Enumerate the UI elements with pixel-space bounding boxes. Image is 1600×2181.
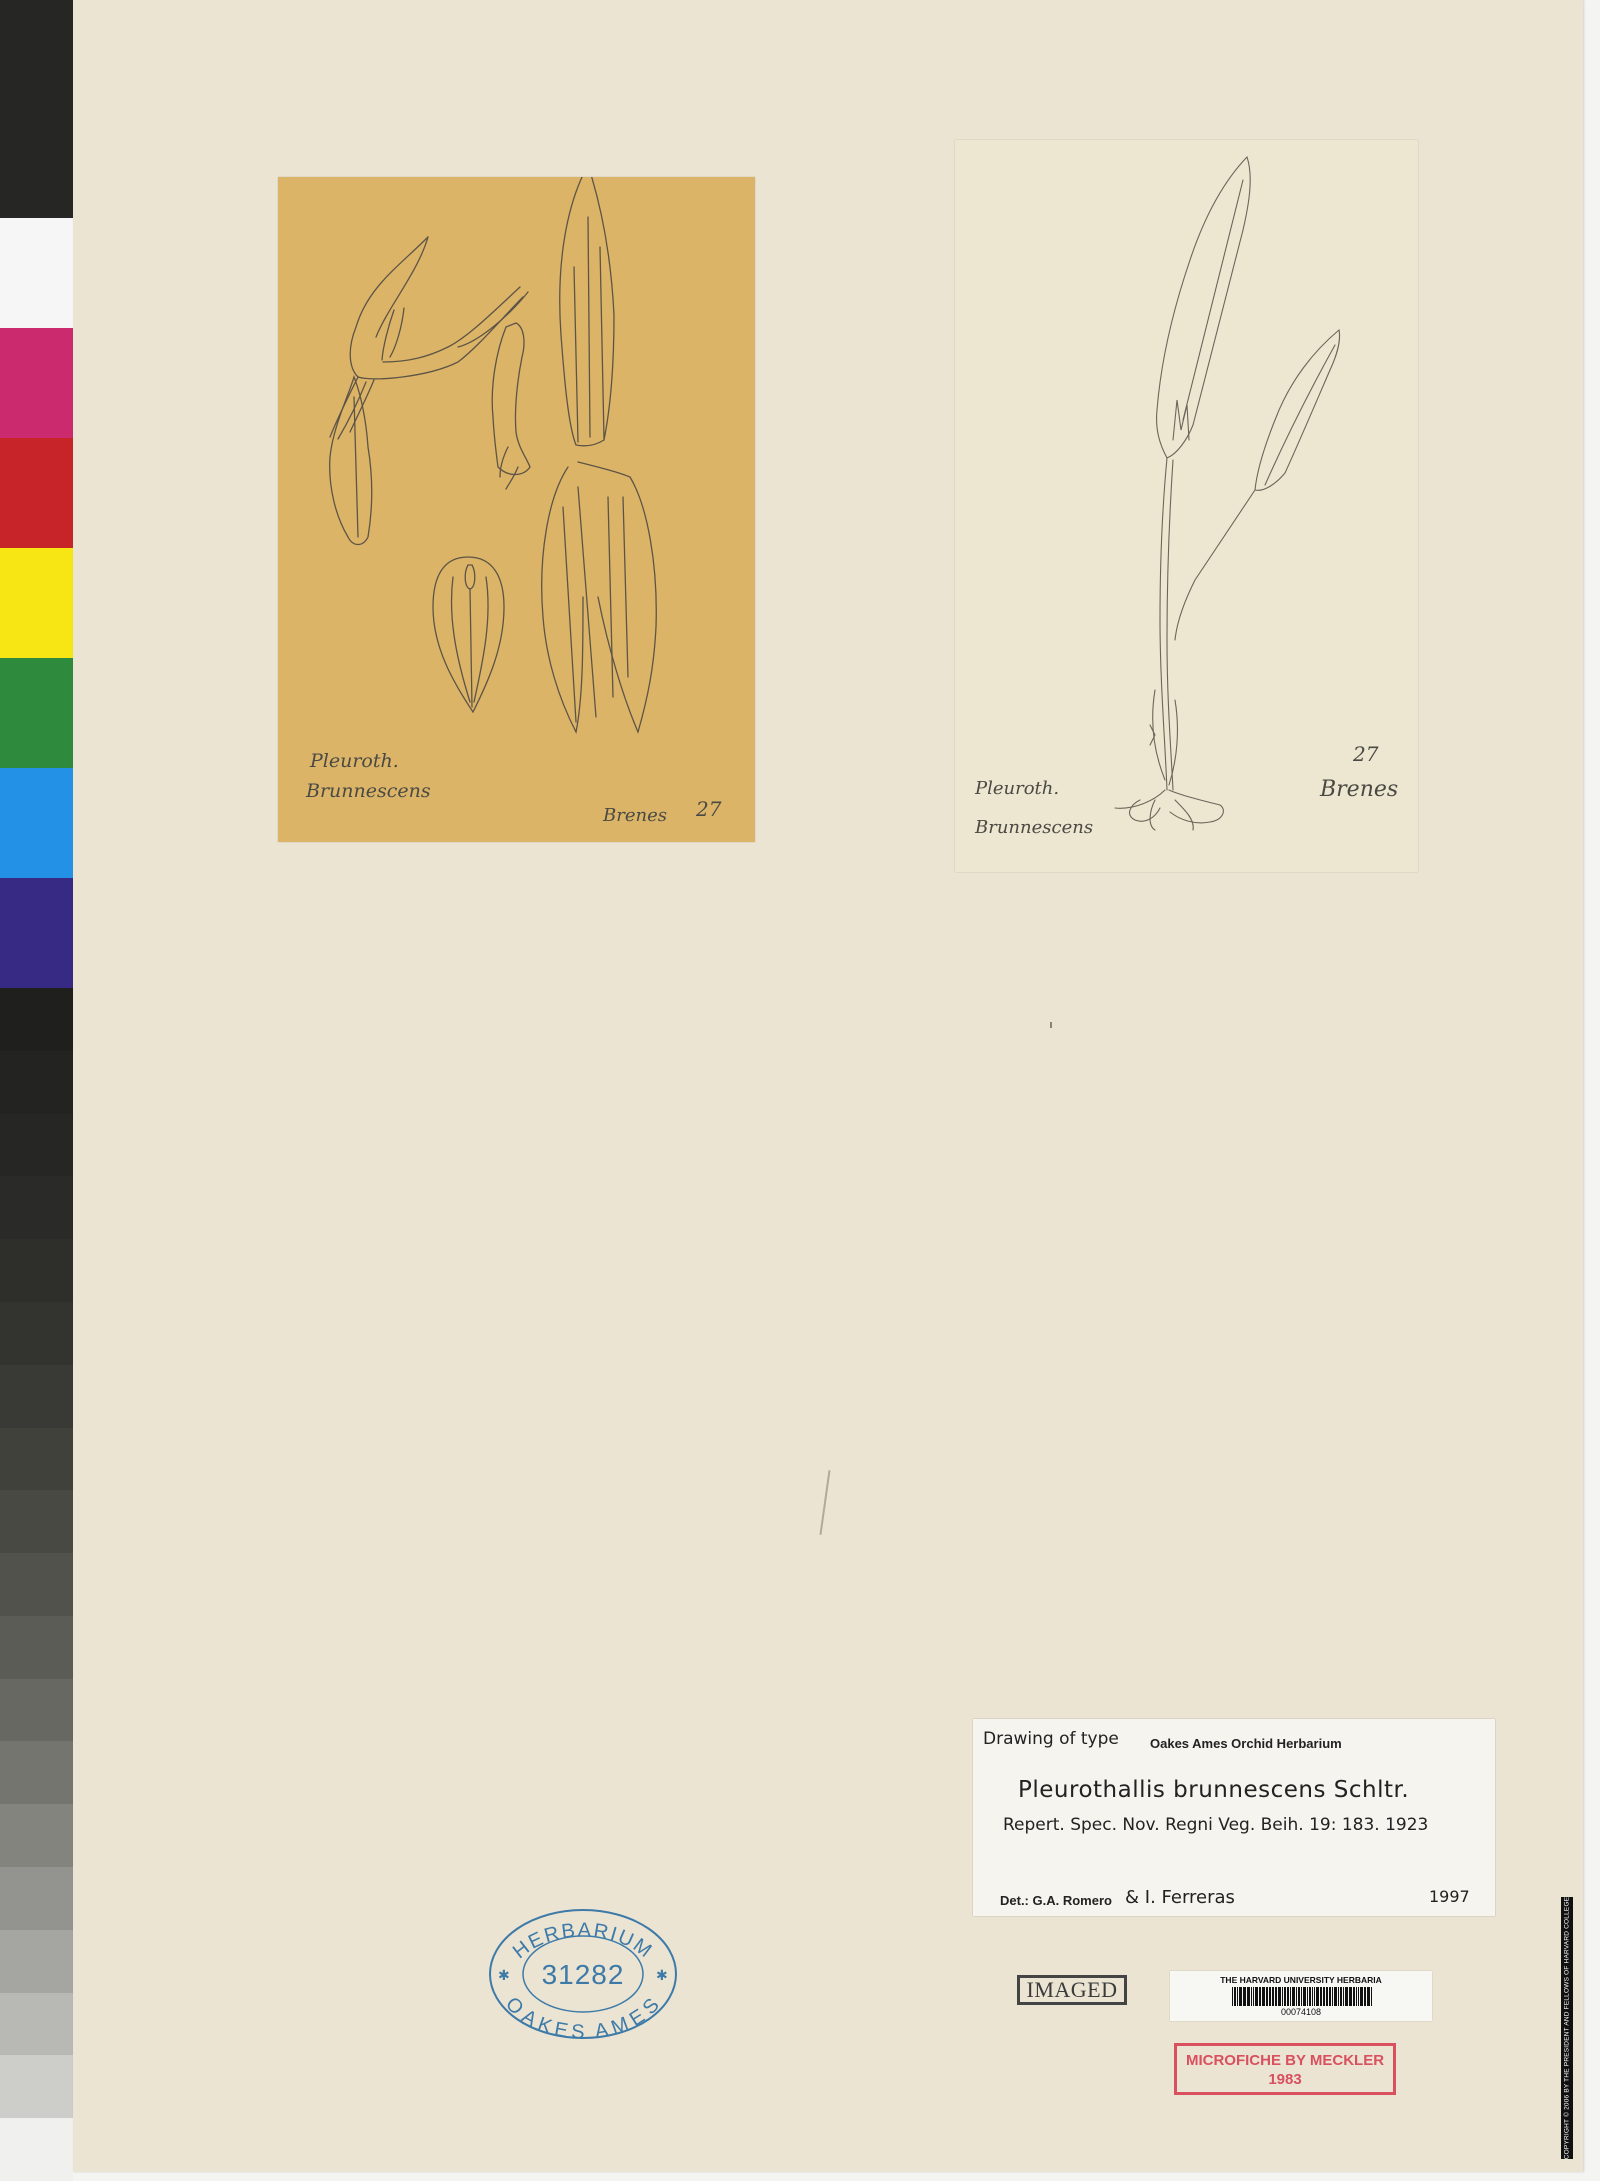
drawing-right-collector: Brenes: [1320, 777, 1398, 802]
stamp-number: 31282: [542, 1959, 625, 1990]
barcode-icon: [1232, 1987, 1372, 2006]
drawing-left-name-line1: Pleuroth.: [310, 750, 399, 772]
plant-habit-sketch: [955, 140, 1418, 872]
calibration-swatch: [0, 548, 73, 659]
gray-step-swatch: [0, 1114, 73, 1178]
microfiche-line2: 1983: [1177, 2070, 1393, 2089]
gray-step-swatch: [0, 1302, 73, 1366]
stamp-top-text: HERBARIUM: [509, 1919, 657, 1963]
calibration-swatch: [0, 218, 73, 329]
floral-dissection-sketch: [278, 177, 755, 842]
pencil-mark: [1050, 1022, 1052, 1028]
barcode-title: THE HARVARD UNIVERSITY HERBARIA: [1170, 1975, 1432, 1985]
label-institution: Oakes Ames Orchid Herbarium: [1150, 1736, 1342, 1751]
copyright-strip: COPYRIGHT © 2006 BY THE PRESIDENT AND FE…: [1561, 1897, 1573, 2159]
calibration-swatch: [0, 328, 73, 439]
barcode-label: THE HARVARD UNIVERSITY HERBARIA 00074108: [1170, 1971, 1432, 2021]
svg-text:HERBARIUM: HERBARIUM: [509, 1919, 657, 1963]
gray-step-swatch: [0, 1051, 73, 1115]
label-det-handwritten: & I. Ferreras: [1125, 1887, 1235, 1908]
gray-step-swatch: [0, 2055, 73, 2119]
pencil-mark: [819, 1470, 830, 1535]
calibration-swatch: [0, 768, 73, 879]
calibration-swatch: [0, 878, 73, 989]
gray-step-swatch: [0, 1679, 73, 1743]
svg-text:✱: ✱: [498, 1968, 510, 1984]
gray-step-swatch: [0, 1239, 73, 1303]
drawing-left-name-line2: Brunnescens: [306, 780, 431, 802]
imaged-stamp: IMAGED: [1017, 1975, 1127, 2005]
gray-step-swatch: [0, 1553, 73, 1617]
svg-text:OAKES AMES: OAKES AMES: [501, 1993, 665, 2042]
drawing-right-number: 27: [1353, 742, 1378, 766]
label-taxon: Pleurothallis brunnescens Schltr.: [1018, 1777, 1409, 1803]
label-det-prefix: Det.: G.A. Romero: [1000, 1893, 1112, 1908]
label-citation: Repert. Spec. Nov. Regni Veg. Beih. 19: …: [1003, 1815, 1428, 1835]
calibration-swatch: [0, 0, 73, 219]
color-calibration-bar: [0, 0, 73, 2181]
gray-step-swatch: [0, 1490, 73, 1554]
gray-step-swatch: [0, 1616, 73, 1680]
copyright-text: COPYRIGHT © 2006 BY THE PRESIDENT AND FE…: [1564, 1897, 1571, 2160]
gray-step-swatch: [0, 1428, 73, 1492]
gray-step-swatch: [0, 1867, 73, 1931]
herbarium-stamp: HERBARIUM OAKES AMES 31282 ✱ ✱: [486, 1906, 680, 2042]
calibration-swatch: [0, 658, 73, 769]
svg-text:✱: ✱: [656, 1968, 668, 1984]
microfiche-stamp: MICROFICHE BY MECKLER 1983: [1174, 2043, 1396, 2095]
barcode-number: 00074108: [1170, 2007, 1432, 2017]
label-annotation: Drawing of type: [983, 1729, 1119, 1749]
gray-step-swatch: [0, 2118, 73, 2181]
gray-step-swatch: [0, 1930, 73, 1994]
calibration-swatch: [0, 438, 73, 549]
drawing-left-collector: Brenes: [603, 805, 667, 826]
drawing-right-name-line1: Pleuroth.: [975, 778, 1059, 799]
drawing-floral-parts: Pleuroth. Brunnescens Brenes 27: [278, 177, 755, 842]
gray-step-swatch: [0, 1804, 73, 1868]
oval-stamp-graphic: HERBARIUM OAKES AMES 31282 ✱ ✱: [486, 1906, 680, 2042]
gray-step-swatch: [0, 1993, 73, 2057]
gray-step-swatch: [0, 1741, 73, 1805]
microfiche-line1: MICROFICHE BY MECKLER: [1177, 2051, 1393, 2070]
drawing-right-name-line2: Brunnescens: [975, 817, 1093, 838]
gray-step-swatch: [0, 1365, 73, 1429]
determination-label: Drawing of type Oakes Ames Orchid Herbar…: [973, 1719, 1495, 1916]
gray-step-swatch: [0, 988, 73, 1052]
stamp-bottom-text: OAKES AMES: [501, 1993, 665, 2042]
gray-step-swatch: [0, 1176, 73, 1240]
label-det-year: 1997: [1429, 1887, 1470, 1906]
drawing-left-number: 27: [696, 797, 721, 821]
drawing-habit: Pleuroth. Brunnescens Brenes 27: [955, 140, 1418, 872]
